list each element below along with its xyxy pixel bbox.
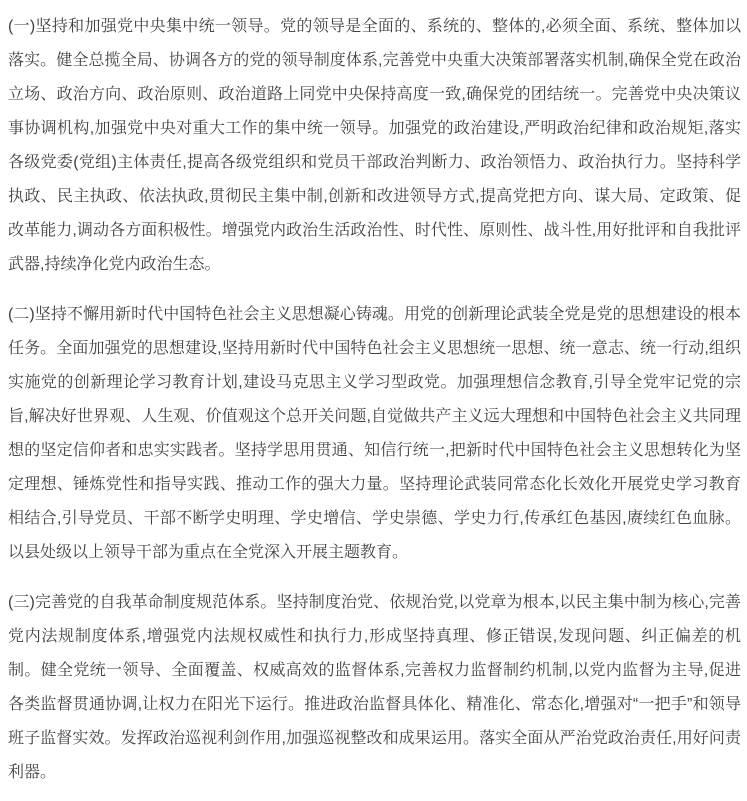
paragraph-section-3: (三)完善党的自我革命制度规范体系。坚持制度治党、依规治党,以党章为根本,以民主… [8, 586, 741, 790]
paragraph-section-1: (一)坚持和加强党中央集中统一领导。党的领导是全面的、系统的、整体的,必须全面、… [8, 10, 741, 282]
paragraph-section-2: (二)坚持不懈用新时代中国特色社会主义思想凝心铸魂。用党的创新理论武装全党是党的… [8, 298, 741, 570]
document-page: (一)坚持和加强党中央集中统一领导。党的领导是全面的、系统的、整体的,必须全面、… [0, 0, 747, 801]
